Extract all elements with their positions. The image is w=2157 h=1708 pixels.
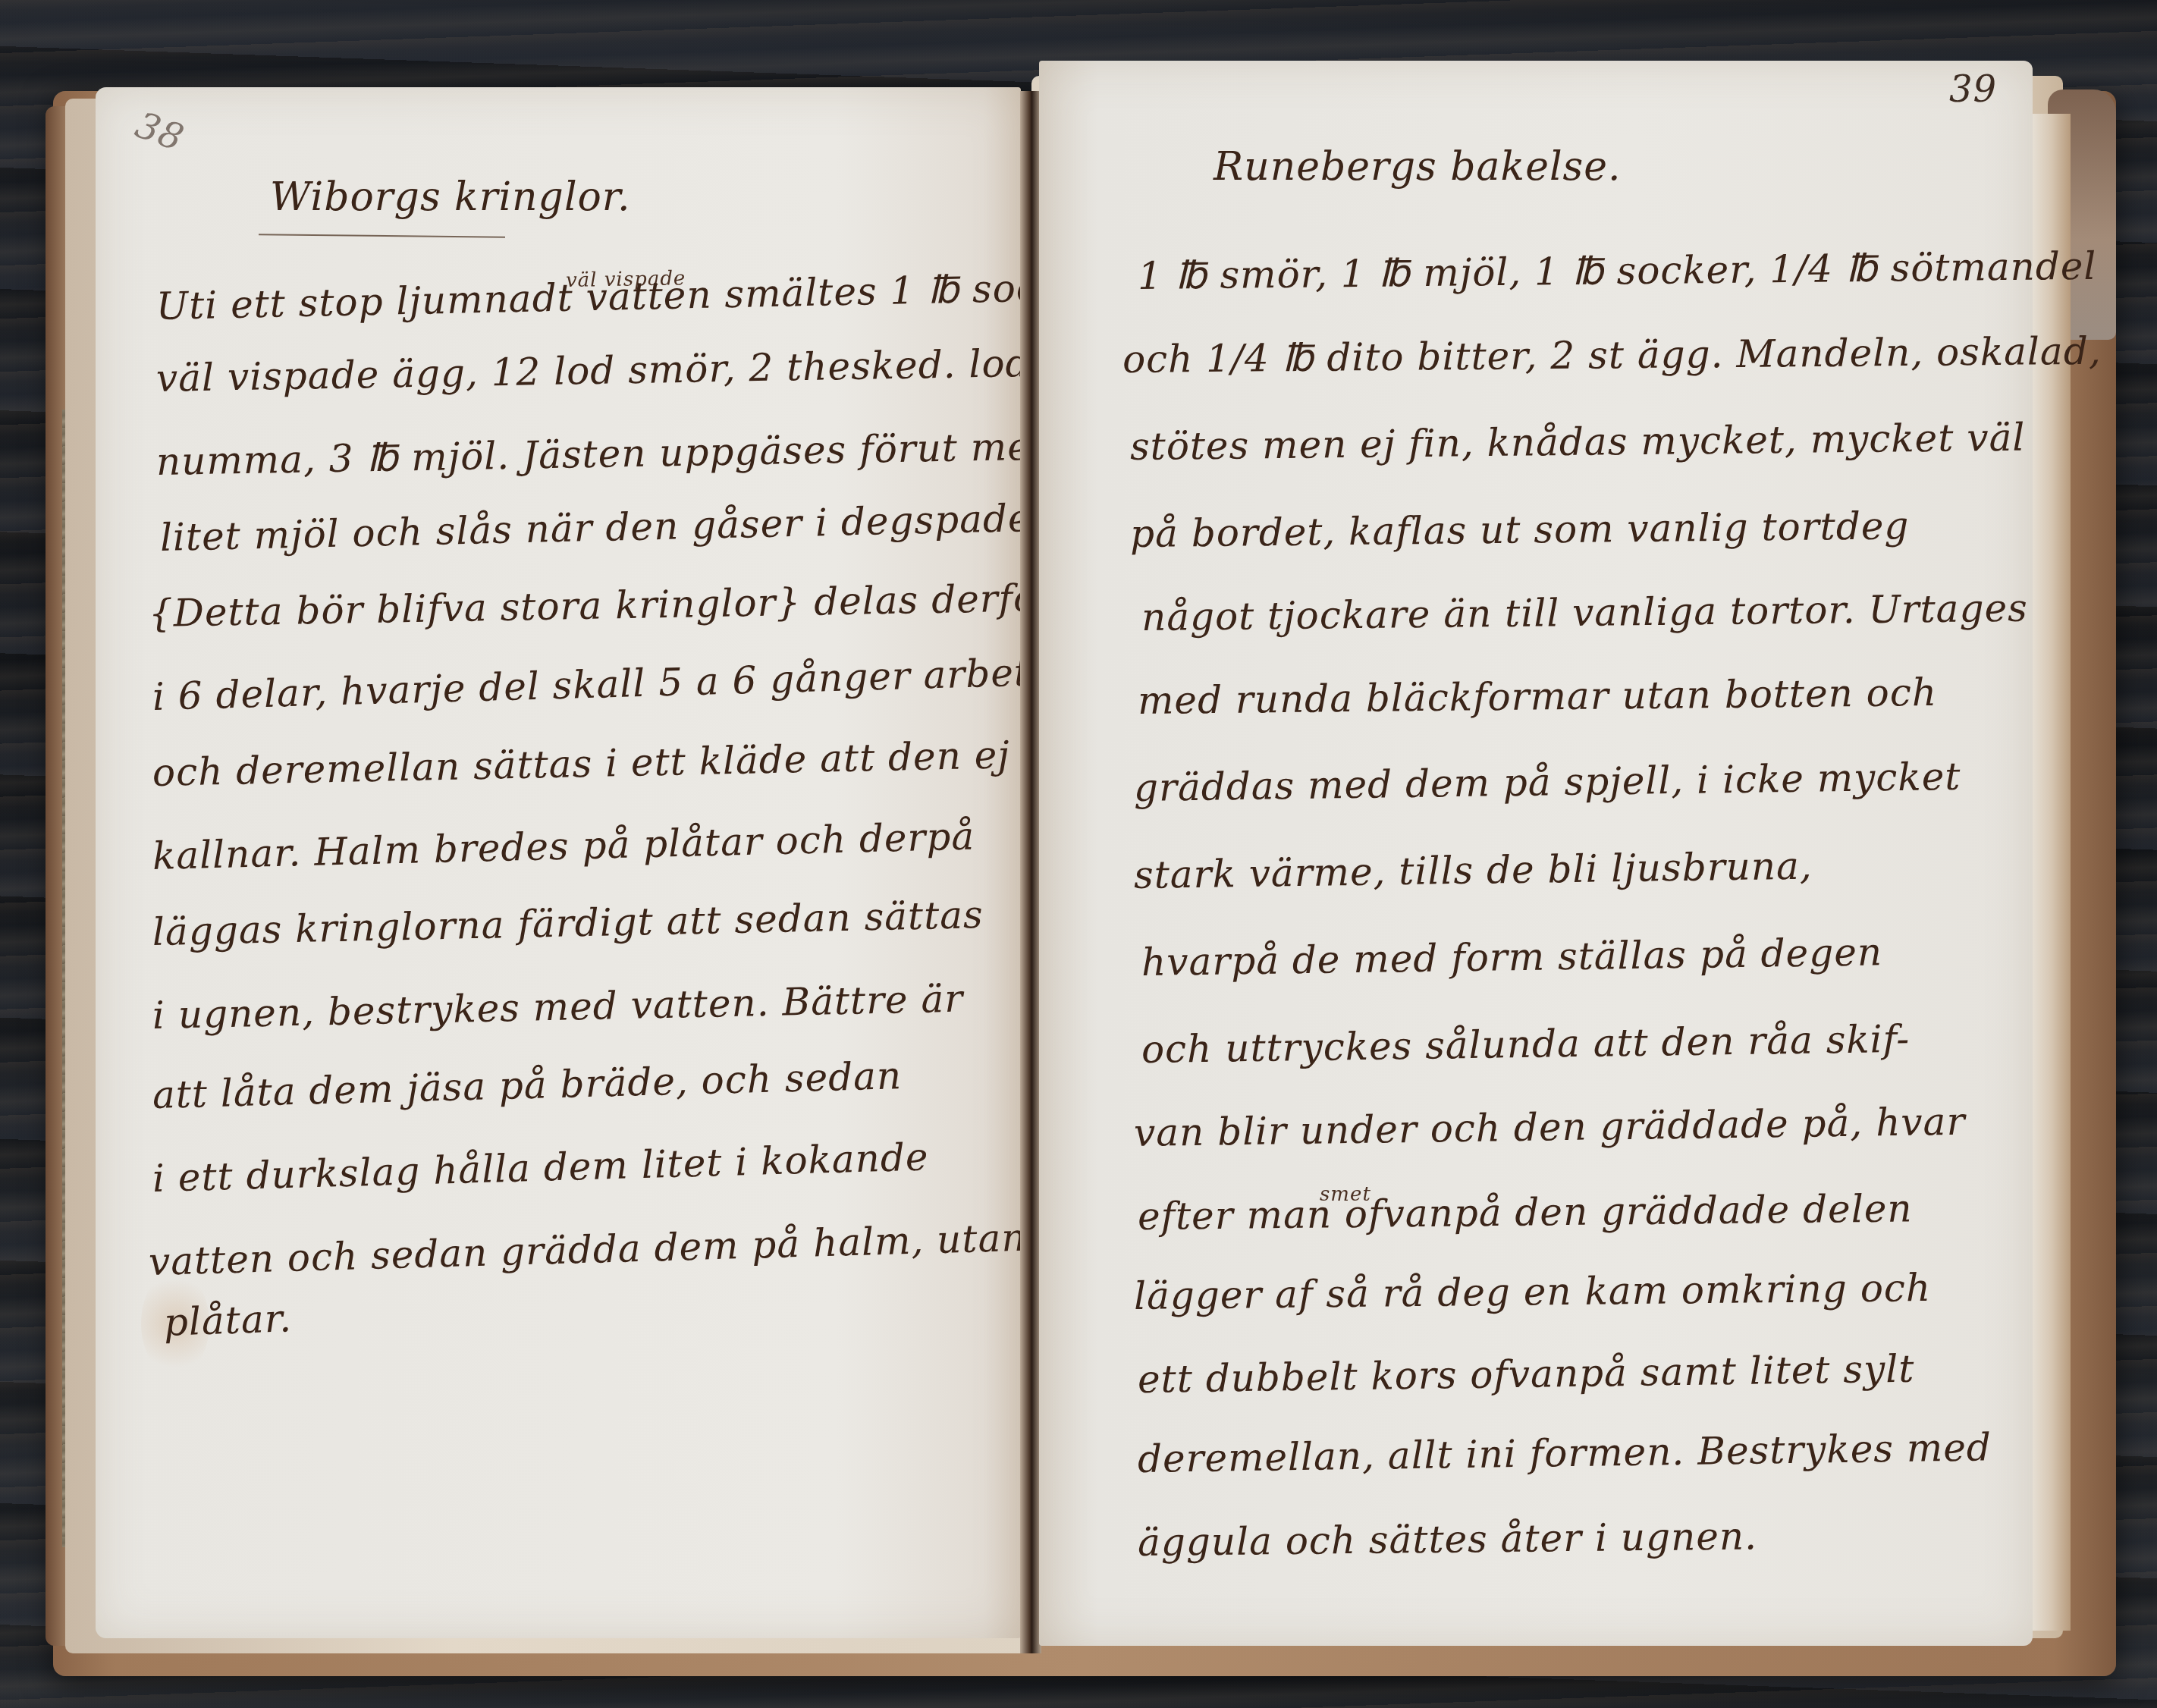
text-line: i ugnen, bestrykes med vatten. Bättre är (152, 977, 963, 1038)
right-page: 39 Runebergs bakelse. smet 1 ℔ smör, 1 ℔… (1039, 61, 2033, 1646)
text-line: numma, 3 ℔ mjöl. Jästen uppgäses förut m… (155, 424, 1056, 484)
text-line: ett dubbelt kors ofvanpå samt litet sylt (1138, 1347, 1915, 1402)
text-line: litet mjöl och slås när den gåser i degs… (159, 495, 1099, 560)
text-line: äggula och sättes åter i ugnen. (1138, 1514, 1758, 1565)
text-line: deremellan, allt ini formen. Bestrykes m… (1138, 1425, 1992, 1481)
page-number-right: 39 (1949, 68, 1997, 111)
text-line: stötes men ej fin, knådas mycket, mycket… (1130, 416, 2026, 469)
text-line: något tjockare än till vanliga tortor. U… (1141, 586, 2028, 639)
text-line: vatten och sedan grädda dem på halm, uta… (148, 1216, 1027, 1284)
text-line: att låta dem jäsa på bräde, och sedan (152, 1053, 903, 1117)
text-line: och uttryckes sålunda att den råa skif- (1141, 1017, 1911, 1072)
text-line: hvarpå de med form ställas på degen (1141, 930, 1883, 984)
recipe-title-wiborgs-kringlor: Wiborgs kringlor. (270, 174, 631, 220)
text-line: väl vispade ägg, 12 lod smör, 2 thesked.… (155, 339, 1168, 400)
recipe-title-runebergs-bakelse: Runebergs bakelse. (1214, 144, 1622, 190)
text-line: lägger af så rå deg en kam omkring och (1134, 1266, 1932, 1318)
text-line: på bordet, kaflas ut som vanlig tortdeg (1130, 504, 1910, 556)
text-line: i 6 delar, hvarje del skall 5 a 6 gånger… (152, 649, 1074, 719)
page-number-left: 38 (130, 104, 189, 160)
text-line: läggas kringlorna färdigt att sedan sätt… (152, 893, 984, 954)
text-line: och deremellan sättas i ett kläde att de… (152, 733, 1010, 795)
text-line: kallnar. Halm bredes på plåtar och derpå (152, 815, 975, 878)
book-gutter (1020, 91, 1041, 1653)
text-line: {Detta bör blifva stora kringlor} delas … (148, 576, 1079, 636)
text-line: 1 ℔ smör, 1 ℔ mjöl, 1 ℔ socker, 1/4 ℔ sö… (1138, 244, 2097, 298)
text-line: gräddas med dem på spjell, i icke mycket (1134, 755, 1961, 810)
left-page: 38 Wiborgs kringlor. väl vispade Uti ett… (96, 87, 1021, 1638)
text-line: stark värme, tills de bli ljusbruna, (1134, 844, 1813, 897)
text-line: efter man ofvanpå den gräddade delen (1138, 1186, 1913, 1239)
text-line: och 1/4 ℔ dito bitter, 2 st ägg. Mandeln… (1122, 329, 2102, 381)
text-line: med runda bläckformar utan botten och (1138, 670, 1938, 723)
text-line: i ett durkslag hålla dem litet i kokande (152, 1135, 929, 1201)
title-underline (259, 234, 505, 237)
text-line: van blir under och den gräddade på, hvar (1134, 1100, 1966, 1155)
text-line: plåtar. (163, 1296, 293, 1345)
